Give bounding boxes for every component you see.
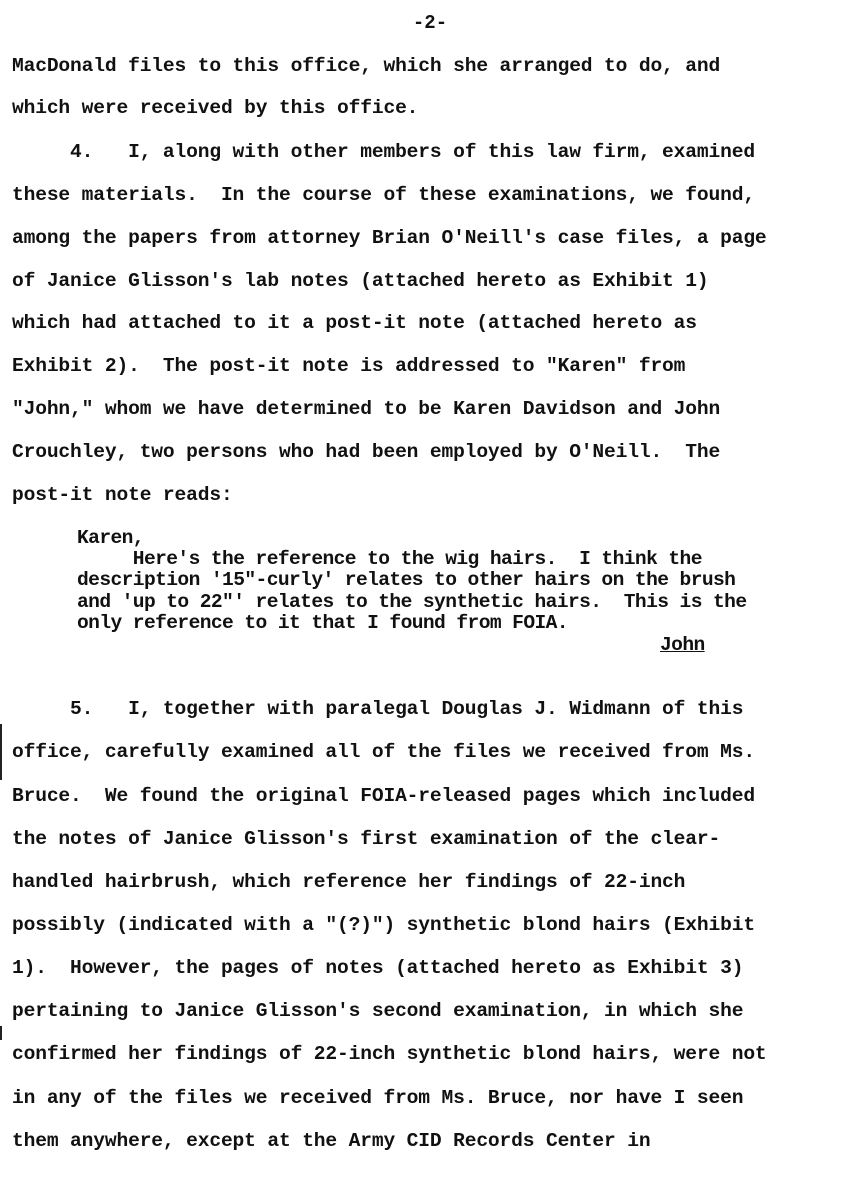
paragraph-5-line: 5. I, together with paralegal Douglas J.… bbox=[12, 698, 743, 720]
paragraph-5-line: Bruce. We found the original FOIA-releas… bbox=[12, 785, 755, 807]
note-salutation: Karen, bbox=[77, 527, 144, 549]
paragraph-4-line: of Janice Glisson's lab notes (attached … bbox=[12, 270, 709, 292]
paragraph-4-line: 4. I, along with other members of this l… bbox=[12, 141, 755, 163]
note-signature: John bbox=[660, 634, 705, 656]
paragraph-continued-line: which were received by this office. bbox=[12, 97, 418, 119]
paragraph-5-line: them anywhere, except at the Army CID Re… bbox=[12, 1130, 650, 1152]
paragraph-4-line: "John," whom we have determined to be Ka… bbox=[12, 398, 720, 420]
note-line: and 'up to 22"' relates to the synthetic… bbox=[77, 591, 747, 613]
paragraph-5-line: 1). However, the pages of notes (attache… bbox=[12, 957, 743, 979]
margin-mark bbox=[0, 1026, 2, 1040]
note-line: only reference to it that I found from F… bbox=[77, 612, 568, 634]
paragraph-4-line: these materials. In the course of these … bbox=[12, 184, 755, 206]
paragraph-4-line: post-it note reads: bbox=[12, 484, 233, 506]
paragraph-4-line: Exhibit 2). The post-it note is addresse… bbox=[12, 355, 685, 377]
margin-mark bbox=[0, 724, 2, 780]
note-line: Here's the reference to the wig hairs. I… bbox=[77, 548, 702, 570]
paragraph-4-line: Crouchley, two persons who had been empl… bbox=[12, 441, 720, 463]
paragraph-continued-line: MacDonald files to this office, which sh… bbox=[12, 55, 720, 77]
page-number: -2- bbox=[0, 12, 860, 34]
document-page: -2- MacDonald files to this office, whic… bbox=[0, 0, 860, 1180]
paragraph-5-line: in any of the files we received from Ms.… bbox=[12, 1087, 743, 1109]
paragraph-5-line: pertaining to Janice Glisson's second ex… bbox=[12, 1000, 743, 1022]
paragraph-5-line: confirmed her findings of 22-inch synthe… bbox=[12, 1043, 767, 1065]
paragraph-5-line: possibly (indicated with a "(?)") synthe… bbox=[12, 914, 755, 936]
paragraph-5-line: the notes of Janice Glisson's first exam… bbox=[12, 828, 720, 850]
paragraph-5-line: office, carefully examined all of the fi… bbox=[12, 741, 755, 763]
paragraph-5-line: handled hairbrush, which reference her f… bbox=[12, 871, 685, 893]
paragraph-4-line: which had attached to it a post-it note … bbox=[12, 312, 697, 334]
note-line: description '15"-curly' relates to other… bbox=[77, 569, 735, 591]
paragraph-4-line: among the papers from attorney Brian O'N… bbox=[12, 227, 767, 249]
